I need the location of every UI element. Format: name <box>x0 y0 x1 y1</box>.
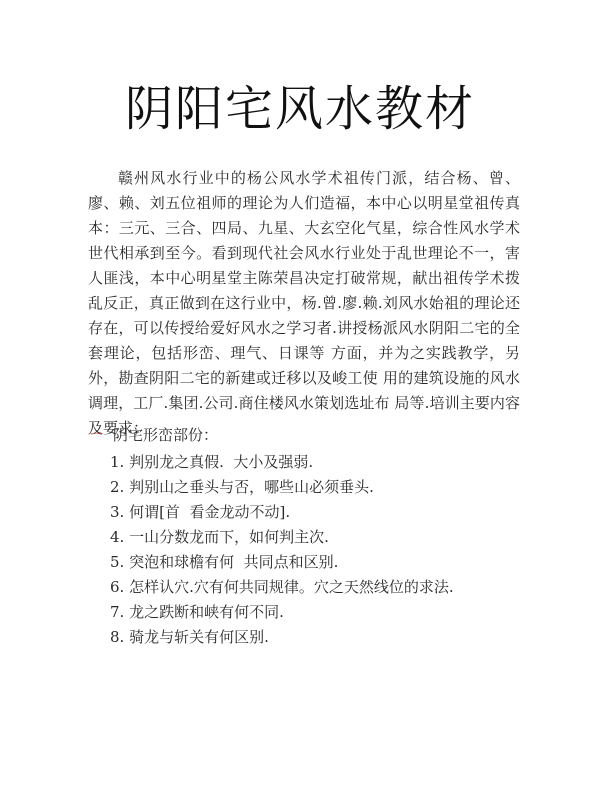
list-item: 5. 突泡和球檐有何 共同点和区别. <box>110 550 454 575</box>
list-item: 4. 一山分数龙而下，如何判主次. <box>110 525 454 550</box>
list-item: 8. 骑龙与斩关有何区别. <box>110 625 454 650</box>
section-heading: 一阴宅形峦部份： <box>88 424 218 445</box>
section-marker: 一 <box>88 426 103 444</box>
list-item: 2. 判别山之垂头与否，哪些山必须垂头. <box>110 475 454 500</box>
list-item: 3. 何谓[首 看金龙动不动]. <box>110 500 454 525</box>
intro-paragraph: 赣州风水行业中的杨公风水学术祖传门派，结合杨、曾、廖、赖、刘五位祖师的理论为人们… <box>88 166 520 441</box>
list-item: 6. 怎样认穴.穴有何共同规律。穴之天然线位的求法. <box>110 575 454 600</box>
list-item: 1. 判别龙之真假. 大小及强弱. <box>110 450 454 475</box>
item-list: 1. 判别龙之真假. 大小及强弱. 2. 判别山之垂头与否，哪些山必须垂头. 3… <box>110 450 454 650</box>
list-item: 7. 龙之跌断和峡有何不同. <box>110 600 454 625</box>
intro-text: 赣州风水行业中的杨公风水学术祖传门派，结合杨、曾、廖、赖、刘五位祖师的理论为人们… <box>88 166 520 441</box>
section-title: 阴宅形峦部份： <box>113 426 218 444</box>
document-title: 阴阳宅风水教材 <box>0 70 600 139</box>
